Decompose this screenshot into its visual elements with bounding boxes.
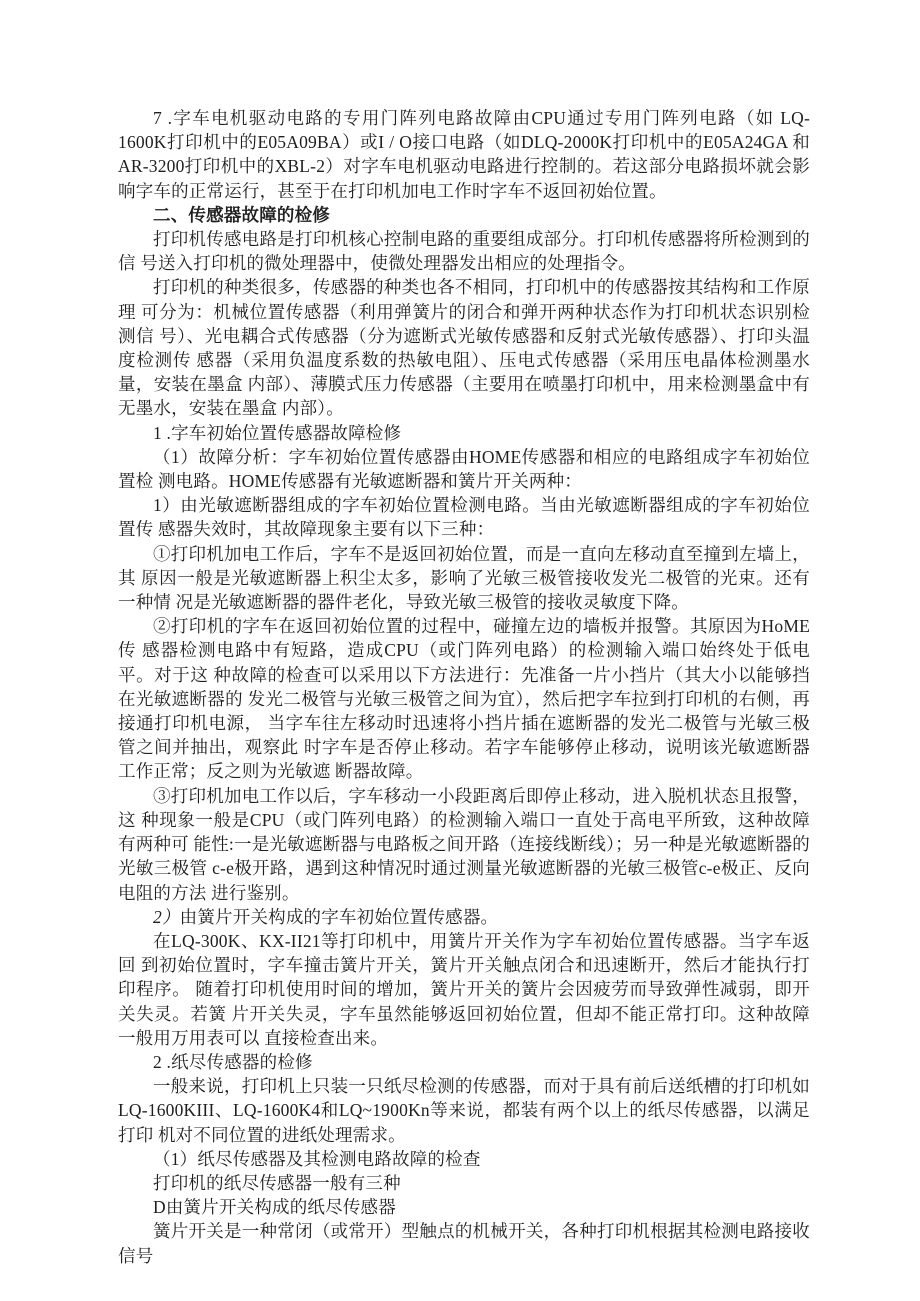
text-content: 7 .字车电机驱动电路的专用门阵列电路故障由CPU通过专用门阵列电路（如 LQ-… <box>118 106 810 1268</box>
section-heading-sensor-repair: 二、传感器故障的检修 <box>118 203 810 227</box>
paragraph-paper-out-check-heading: （1）纸尽传感器及其检测电路故障的检查 <box>118 1147 810 1171</box>
paragraph-fault-case-1: ①打印机加电工作后，字车不是返回初始位置，而是一直向左移动直至撞到左墙上，其 原… <box>118 542 810 615</box>
paragraph-carriage-motor: 7 .字车电机驱动电路的专用门阵列电路故障由CPU通过专用门阵列电路（如 LQ-… <box>118 106 810 203</box>
paragraph-fault-case-3: ③打印机加电工作以后，字车移动一小段距离后即停止移动，进入脱机状态且报警，这 种… <box>118 784 810 905</box>
paragraph-paper-out-reed-type: D由簧片开关构成的纸尽传感器 <box>118 1195 810 1219</box>
paragraph-photo-interrupter-circuit: 1）由光敏遮断器组成的字车初始位置检测电路。当由光敏遮断器组成的字车初始位置传 … <box>118 493 810 541</box>
paragraph-reed-switch-heading: 2）由簧片开关构成的字车初始位置传感器。 <box>118 905 810 929</box>
paragraph-paper-out-intro: 一般来说，打印机上只装一只纸尽检测的传感器，而对于具有前后送纸槽的打印机如 LQ… <box>118 1074 810 1147</box>
paragraph-reed-switch-detail: 在LQ-300K、KX-II21等打印机中，用簧片开关作为字车初始位置传感器。当… <box>118 929 810 1050</box>
italic-numeral-prefix: 2） <box>153 907 180 927</box>
reed-switch-heading-text: 由簧片开关构成的字车初始位置传感器。 <box>180 907 499 927</box>
paragraph-sensor-types: 打印机的种类很多，传感器的种类也各不相同，打印机中的传感器按其结构和工作原理 可… <box>118 275 810 420</box>
paragraph-fault-case-2: ②打印机的字车在返回初始位置的过程中，碰撞左边的墙板并报警。其原因为HoME传 … <box>118 614 810 783</box>
paragraph-fault-analysis: （1）故障分析：字车初始位置传感器由HOME传感器和相应的电路组成字车初始位置检… <box>118 445 810 493</box>
paragraph-reed-switch-description: 簧片开关是一种常闭（或常开）型触点的机械开关，各种打印机根据其检测电路接收信号 <box>118 1219 810 1267</box>
paragraph-paper-out-three-kinds: 打印机的纸尽传感器一般有三种 <box>118 1171 810 1195</box>
paragraph-sensor-intro: 打印机传感电路是打印机核心控制电路的重要组成部分。打印机传感器将所检测到的信 号… <box>118 227 810 275</box>
document-page: 7 .字车电机驱动电路的专用门阵列电路故障由CPU通过专用门阵列电路（如 LQ-… <box>0 0 920 1301</box>
subsection-heading-paper-out-sensor: 2 .纸尽传感器的检修 <box>118 1050 810 1074</box>
subsection-heading-home-sensor: 1 .字车初始位置传感器故障检修 <box>118 421 810 445</box>
